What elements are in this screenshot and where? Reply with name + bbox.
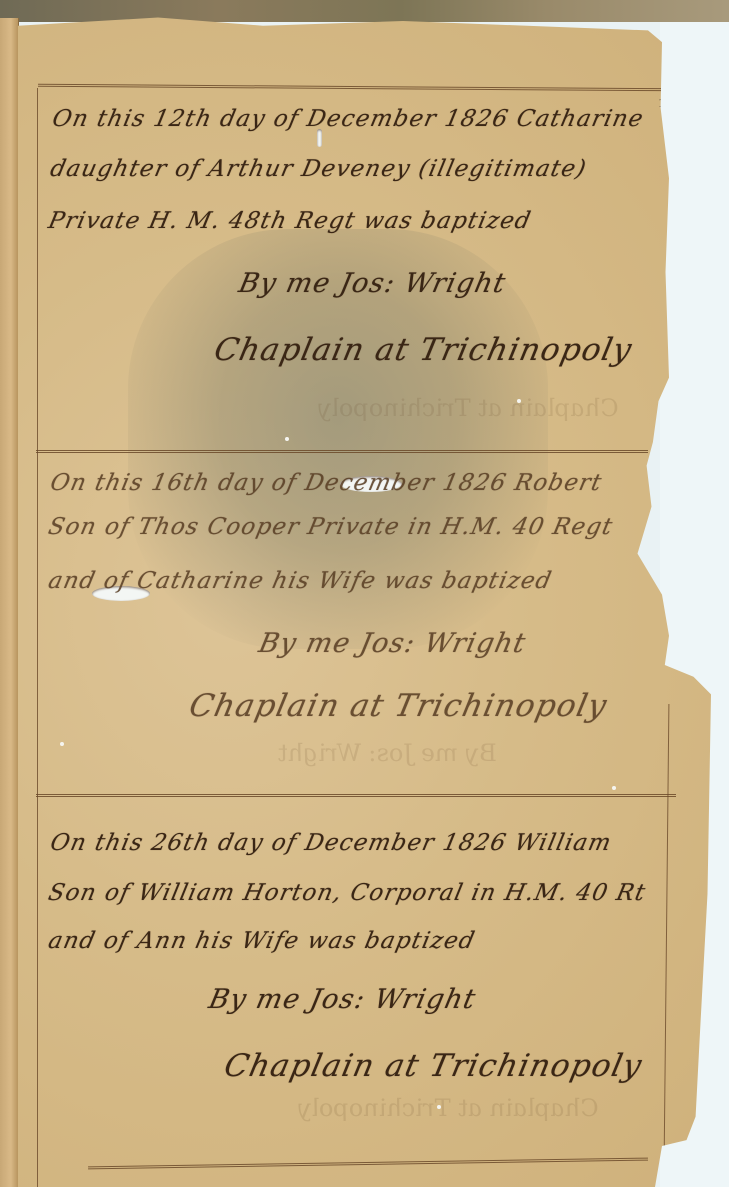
- signature-title: Chaplain at Trichinopoly: [211, 332, 636, 368]
- left-margin-rule: [37, 88, 38, 1187]
- chaplain-signature: By me Jos: Wright: [236, 268, 502, 299]
- signature-byline: By me Jos: Wright: [206, 984, 479, 1015]
- book-binding-background: [0, 0, 729, 22]
- entry-text-line: On this 12th day of December 1826 Cathar…: [50, 106, 646, 132]
- entry-text-line: and of Ann his Wife was baptized: [46, 928, 478, 954]
- entry-text-line: daughter of Arthur Deveney (illegitimate…: [48, 156, 589, 182]
- pinhole: [517, 399, 521, 403]
- entry-text-line: On this 16th day of December 1826 Robert: [48, 470, 605, 496]
- pinhole: [285, 437, 289, 441]
- pinhole: [60, 742, 64, 746]
- signature-title: Chaplain at Trichinopoly: [186, 688, 611, 724]
- entry-text-line: Son of Thos Cooper Private in H.M. 40 Re…: [46, 514, 616, 540]
- pinhole: [612, 786, 616, 790]
- entry-text-line: Son of William Horton, Corporal in H.M. …: [46, 880, 648, 906]
- right-margin-rule: [664, 704, 670, 1164]
- chaplain-signature: By me Jos: Wright: [206, 984, 472, 1015]
- bottom-border-rule: [88, 1158, 648, 1170]
- entry-text-line: Private H. M. 48th Regt was baptized: [46, 208, 534, 234]
- chaplain-title: Chaplain at Trichinopoly: [186, 688, 603, 724]
- signature-byline: By me Jos: Wright: [236, 268, 509, 299]
- chaplain-title: Chaplain at Trichinopoly: [211, 332, 628, 368]
- bleed-through-text: Chaplain at Trichinopoly: [296, 1094, 601, 1122]
- chaplain-title: Chaplain at Trichinopoly: [221, 1048, 638, 1084]
- entry-text-line: and of Catharine his Wife was baptized: [46, 568, 555, 594]
- top-border-rule: [38, 84, 668, 91]
- pinhole: [437, 1105, 441, 1109]
- entry-text-line: On this 26th day of December 1826 Willia…: [48, 830, 614, 856]
- bleed-through-text: By me Jos: Wright: [276, 739, 500, 767]
- signature-byline: By me Jos: Wright: [256, 628, 529, 659]
- entry-divider-rule: [36, 794, 676, 797]
- previous-page-edge: [0, 18, 19, 1187]
- signature-title: Chaplain at Trichinopoly: [221, 1048, 646, 1084]
- entry-divider-rule: [36, 450, 648, 453]
- bleed-through-text: Chaplain at Trichinopoly: [316, 394, 621, 422]
- chaplain-signature: By me Jos: Wright: [256, 628, 522, 659]
